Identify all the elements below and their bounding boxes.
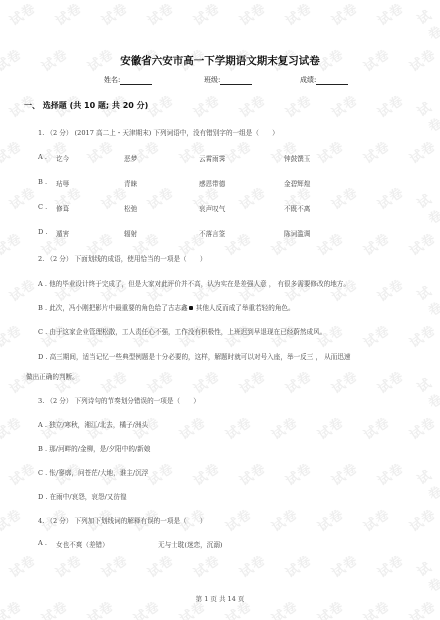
option-word: 遁害 <box>56 228 69 238</box>
option-word: 无与士耽(迷恋，沉溺) <box>158 539 223 549</box>
option-word: 女也不爽（差错） <box>56 539 109 549</box>
option-text: 在雨中/哀怨，哀怨/又彷徨 <box>50 493 127 501</box>
question-2-option-a[interactable]: A . 他的毕业设计终于完成了，但是大家对此评价并不高，认为实在是差强人意 ， … <box>38 278 350 288</box>
section-title: 一、 选择题 (共 10 题; 共 20 分) <box>24 100 148 111</box>
name-blank[interactable] <box>120 77 152 85</box>
option-word: 不既不离 <box>284 203 310 213</box>
option-word: 辐射 <box>124 228 137 238</box>
option-word: 松弛 <box>124 203 137 213</box>
option-letter: A . <box>38 539 47 547</box>
option-word: 陈词滥调 <box>284 228 310 238</box>
question-3-option-b[interactable]: B . 那/河畔的/金柳，是/夕阳中的/新娘 <box>38 443 150 453</box>
score-label: 成绩: <box>300 76 316 84</box>
option-word: 感恩带德 <box>199 178 225 188</box>
option-text-continued: 其他人反而成了举重若轻的角色。 <box>194 304 295 312</box>
option-letter: D . <box>38 353 47 361</box>
question-3-stem: 3. （2 分） 下列诗句的节奏划分错误的一项是（ ） <box>38 395 200 405</box>
class-field[interactable]: 班级: <box>204 75 252 85</box>
option-text: 高三期间，适当记忆一些典型例题是十分必要的，这样，解题时就可以对号入座，举一反三… <box>50 353 351 361</box>
class-label: 班级: <box>204 76 220 84</box>
name-field[interactable]: 姓名: <box>104 75 152 85</box>
option-letter: A . <box>38 421 47 429</box>
question-2-option-b[interactable]: B . 此次，冯小刚把影片中最重要的角色给了古志鑫 其他人反而成了举重若轻的角色… <box>38 302 295 312</box>
option-text: 那/河畔的/金柳，是/夕阳中的/新娘 <box>49 445 150 453</box>
question-1-stem: 1. （2 分） (2017 高二上・天津期末) 下列词语中，没有错别字的一组是… <box>38 127 279 137</box>
option-word: 不落言筌 <box>199 228 225 238</box>
option-text: 独立/寒秋，湘江/北去，橘子/洲头 <box>49 421 148 429</box>
option-letter: C . <box>38 328 47 336</box>
option-letter: C . <box>38 469 47 477</box>
option-word: 恶梦 <box>124 153 137 163</box>
option-word: 玷辱 <box>56 178 69 188</box>
question-2-stem: 2. （2 分） 下面划线的成语，使用恰当的一项是（ ） <box>38 253 206 263</box>
score-blank[interactable] <box>316 77 348 85</box>
name-label: 姓名: <box>104 76 120 84</box>
question-3-option-a[interactable]: A . 独立/寒秋，湘江/北去，橘子/洲头 <box>38 419 148 429</box>
option-letter: C . <box>38 203 47 211</box>
document-page: 安徽省六安市高一下学期语文期末复习试卷 姓名: 班级: 成绩: 一、 选择题 (… <box>0 0 440 620</box>
option-word: 修葺 <box>56 203 69 213</box>
option-text: 由于这家企业管理松散，工人责任心不强，工作没有积极性，上班迟到早退现在已经蔚然成… <box>49 328 326 336</box>
option-letter: D . <box>38 228 47 236</box>
option-word: 云霄雨霁 <box>199 153 225 163</box>
page-number-footer: 第 1 页 共 14 页 <box>0 594 440 603</box>
option-text: 怅/寥廓，问苍茫/大地，谁主/沉浮 <box>49 469 148 477</box>
question-3-option-d[interactable]: D . 在雨中/哀怨，哀怨/又彷徨 <box>38 491 127 501</box>
option-text: 他的毕业设计终于完成了，但是大家对此评价并不高，认为实在是差强人意 ， 有很多需… <box>49 280 350 288</box>
option-word: 哀声叹气 <box>199 203 225 213</box>
option-letter: B . <box>38 178 47 186</box>
option-word: 青睐 <box>124 178 137 188</box>
option-word: 金碧辉煌 <box>284 178 310 188</box>
option-word: 讫今 <box>56 153 69 163</box>
option-letter: B . <box>38 304 47 312</box>
question-2-option-d[interactable]: D . 高三期间，适当记忆一些典型例题是十分必要的，这样，解题时就可以对号入座，… <box>38 351 351 361</box>
option-letter: D . <box>38 493 47 501</box>
ink-dot-mark <box>189 306 193 310</box>
score-field[interactable]: 成绩: <box>300 75 348 85</box>
option-word: 钟鼓馔玉 <box>284 153 310 163</box>
option-text: 此次，冯小刚把影片中最重要的角色给了古志鑫 <box>49 304 187 312</box>
question-2-option-c[interactable]: C . 由于这家企业管理松散，工人责任心不强，工作没有积极性，上班迟到早退现在已… <box>38 326 326 336</box>
question-3-option-c[interactable]: C . 怅/寥廓，问苍茫/大地，谁主/沉浮 <box>38 467 148 477</box>
option-letter: A . <box>38 280 47 288</box>
class-blank[interactable] <box>220 77 252 85</box>
question-4-stem: 4. （2 分） 下列加下划线词的解释有误的一项是（ ） <box>38 515 206 525</box>
question-2-option-d-continued: 做出正确的判断。 <box>26 371 79 381</box>
option-letter: B . <box>38 445 47 453</box>
document-title: 安徽省六安市高一下学期语文期末复习试卷 <box>0 53 440 68</box>
option-letter: A . <box>38 153 47 161</box>
